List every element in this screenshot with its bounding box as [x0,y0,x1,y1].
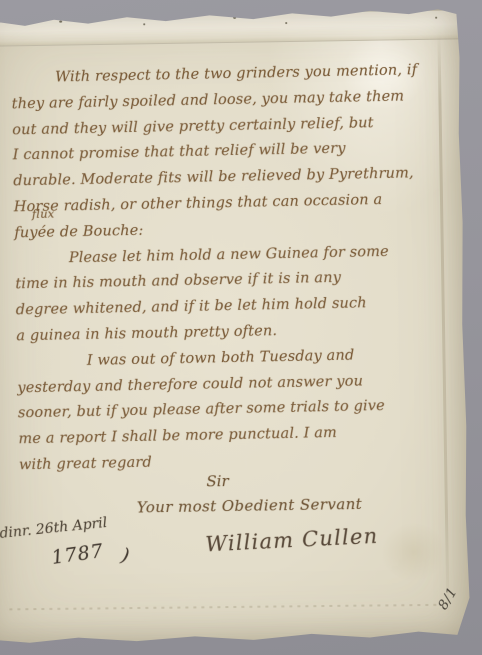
letter-text: With respect to the two grinders you men… [11,58,435,479]
signature: William Cullen [205,524,379,557]
paper-speck [59,21,62,23]
vertical-crease [437,32,449,617]
paper-speck [285,22,287,24]
letter-page: With respect to the two grinders you men… [0,6,477,650]
archival-number: 8/1 [435,585,461,613]
dateline-flourish: ) [119,544,131,567]
dateline-place: Edinr. 26th April [0,515,108,543]
paper-stain [381,523,446,582]
paper-speck [407,11,410,13]
dateline-year: 1787 [50,540,105,569]
paper-speck [435,17,437,19]
salutation-sir: Sir [206,472,229,490]
valediction: Your most Obedient Servant [137,495,363,517]
paper-speck [143,23,145,25]
paper-speck [233,16,236,19]
inserted-word: flux [32,207,55,219]
letter-line-text: fuyée de Bouche: [14,222,143,241]
horizontal-crease [10,604,438,610]
photo-backdrop: With respect to the two grinders you men… [0,0,482,655]
